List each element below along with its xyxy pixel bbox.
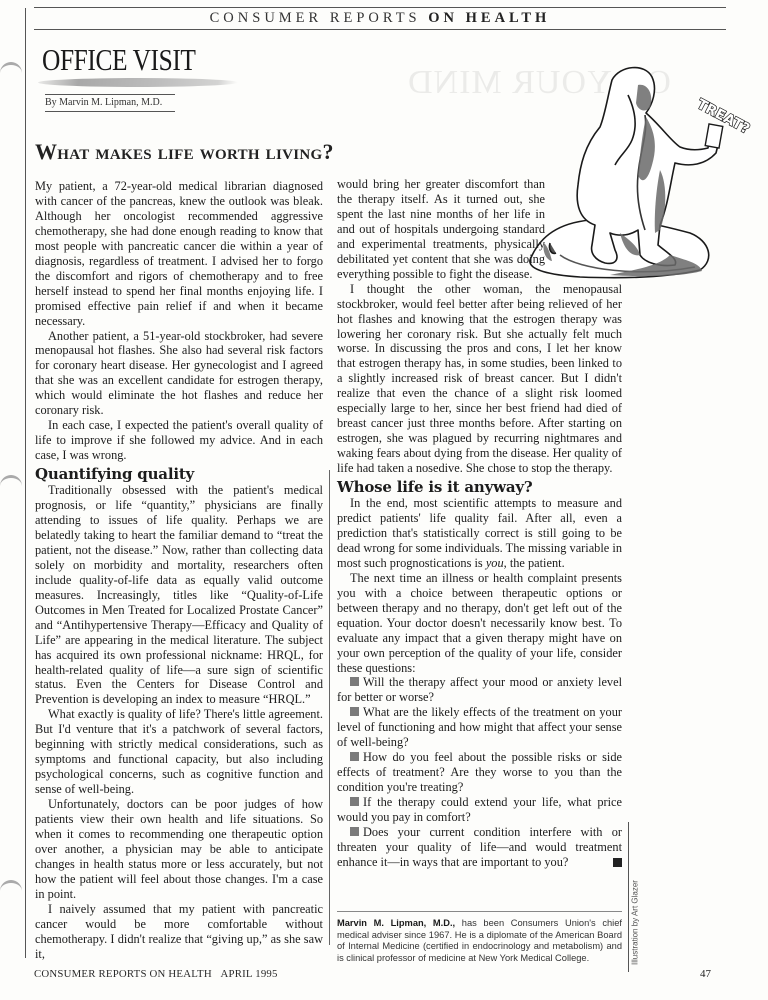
question-text: Will the therapy affect your mood or anx… [337,675,622,704]
paragraph-text: would bring her greater discomfort than … [337,177,545,281]
end-of-article-mark-icon [613,858,622,867]
question-item: If the therapy could extend your life, w… [337,795,622,825]
paragraph: In the end, most scientific attempts to … [337,496,622,571]
footer-date: APRIL 1995 [221,968,278,980]
paragraph: Traditionally obsessed with the patient'… [35,483,323,707]
paragraph: In each case, I expected the patient's o… [35,418,323,463]
article-column-1: My patient, a 72-year-old medical librar… [35,179,323,962]
subheading-whose-life: Whose life is it anyway? [337,480,622,495]
subheading-quantifying-quality: Quantifying quality [35,467,323,482]
question-text: How do you feel about the possible risks… [337,750,622,794]
paragraph-text: , the patient. [504,556,565,570]
question-item: How do you feel about the possible risks… [337,750,622,795]
emphasis-you: you [486,556,504,570]
masthead-suffix: ON HEALTH [428,10,550,26]
article-column-2: would bring her greater discomfort than … [337,177,622,870]
square-bullet-icon [350,677,359,686]
square-bullet-icon [350,797,359,806]
question-text: If the therapy could extend your life, w… [337,795,622,824]
footer-publication-name: CONSUMER REPORTS ON HEALTH [34,968,212,980]
binding-rule [25,8,26,958]
illustration-credit: Illustration by Art Glazer [631,873,640,973]
masthead-prefix: CONSUMER REPORTS [210,10,421,26]
byline: By Marvin M. Lipman, M.D. [45,94,175,112]
paragraph: I naively assumed that my patient with p… [35,902,323,962]
paragraph: Another patient, a 51-year-old stockbrok… [35,329,323,419]
question-text: Does your current condition interfere wi… [337,825,622,869]
paragraph: The next time an illness or health compl… [337,571,622,676]
paragraph: My patient, a 72-year-old medical librar… [35,179,323,329]
paragraph: would bring her greater discomfort than … [337,177,545,282]
square-bullet-icon [350,752,359,761]
column-divider [329,470,330,945]
square-bullet-icon [350,707,359,716]
masthead: CONSUMER REPORTS ON HEALTH [34,7,726,30]
paragraph: I thought the other woman, the menopausa… [337,282,622,476]
author-bio: Marvin M. Lipman, M.D., has been Consume… [337,911,622,964]
credit-rule [628,822,629,972]
paragraph-text: In the end, most scientific attempts to … [337,496,622,570]
square-bullet-icon [350,827,359,836]
brush-stroke-decoration [37,78,239,87]
punch-hole [0,880,22,894]
sign-text: TREAT? [694,96,752,137]
footer-publication: CONSUMER REPORTS ON HEALTH APRIL 1995 [34,968,278,980]
paragraph: Unfortunately, doctors can be poor judge… [35,797,323,902]
punch-hole [0,62,22,76]
article-headline: What makes life worth living? [35,139,334,165]
page-number: 47 [700,968,711,980]
question-item: Will the therapy affect your mood or anx… [337,675,622,705]
question-text: What are the likely effects of the treat… [337,705,622,749]
paragraph: What exactly is quality of life? There's… [35,707,323,797]
punch-hole [0,475,22,489]
section-title: OFFICE VISIT [42,42,196,78]
question-item: What are the likely effects of the treat… [337,705,622,750]
bio-author-name: Marvin M. Lipman, M.D., [337,918,455,928]
question-item: Does your current condition interfere wi… [337,825,622,870]
